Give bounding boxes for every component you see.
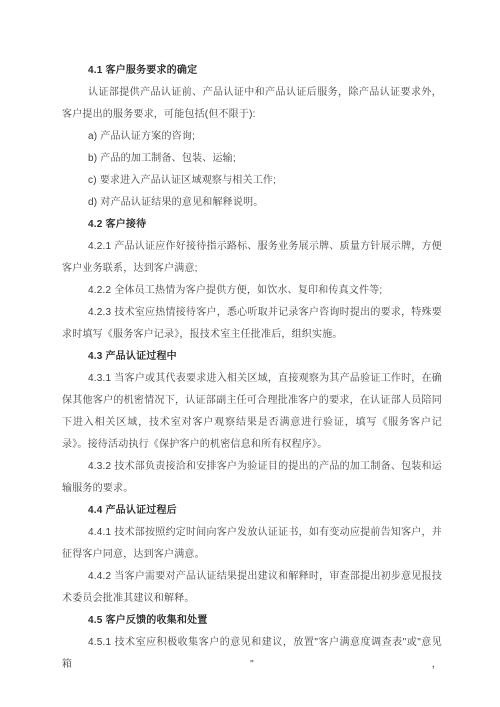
- paragraph: 4.3.2 技术部负责接洽和安排客户为验证目的提出的产品的加工制备、包装和运输服…: [62, 456, 442, 500]
- heading-4-3: 4.3 产品认证过程中: [62, 346, 442, 368]
- document-page: 4.1 客户服务要求的确定 认证部提供产品认证前、产品认证中和产品认证后服务，除…: [0, 0, 500, 707]
- paragraph: 4.5.1 技术室应积极收集客户的意见和建议，放置"客户满意度调查表"或"意见箱…: [62, 632, 442, 676]
- section-4-2: 4.2 客户接待 4.2.1 产品认证应作好接待指示路标、服务业务展示牌、质量方…: [62, 214, 442, 346]
- list-item-b: b) 产品的加工制备、包装、运输;: [62, 148, 442, 170]
- section-4-1: 4.1 客户服务要求的确定 认证部提供产品认证前、产品认证中和产品认证后服务，除…: [62, 60, 442, 214]
- paragraph: 4.3.1 当客户或其代表要求进入相关区域，直接观察为其产品验证工作时，在确保其…: [62, 368, 442, 456]
- list-item-a: a) 产品认证方案的咨询;: [62, 126, 442, 148]
- paragraph: 4.4.1 技术部按照约定时间向客户发放认证证书，如有变动应提前告知客户，并征得…: [62, 522, 442, 566]
- heading-4-4: 4.4 产品认证过程后: [62, 500, 442, 522]
- section-4-3: 4.3 产品认证过程中 4.3.1 当客户或其代表要求进入相关区域，直接观察为其…: [62, 346, 442, 500]
- paragraph: 认证部提供产品认证前、产品认证中和产品认证后服务，除产品认证要求外，客户提出的服…: [62, 82, 442, 126]
- paragraph: 4.2.2 全体员工热情为客户提供方便，如饮水、复印和传真文件等;: [62, 280, 442, 302]
- paragraph: 4.4.2 当客户需要对产品认证结果提出建议和解释时，审查部提出初步意见报技术委…: [62, 566, 442, 610]
- section-4-4: 4.4 产品认证过程后 4.4.1 技术部按照约定时间向客户发放认证证书，如有变…: [62, 500, 442, 610]
- section-4-5: 4.5 客户反馈的收集和处置 4.5.1 技术室应积极收集客户的意见和建议，放置…: [62, 610, 442, 676]
- list-item-d: d) 对产品认证结果的意见和解释说明。: [62, 192, 442, 214]
- heading-4-1: 4.1 客户服务要求的确定: [62, 60, 442, 82]
- list-item-c: c) 要求进入产品认证区域观察与相关工作;: [62, 170, 442, 192]
- heading-4-5: 4.5 客户反馈的收集和处置: [62, 610, 442, 632]
- paragraph: 4.2.1 产品认证应作好接待指示路标、服务业务展示牌、质量方针展示牌，方便客户…: [62, 236, 442, 280]
- heading-4-2: 4.2 客户接待: [62, 214, 442, 236]
- paragraph: 4.2.3 技术室应热情接待客户，悉心听取并记录客户咨询时提出的要求，特殊要求时…: [62, 302, 442, 346]
